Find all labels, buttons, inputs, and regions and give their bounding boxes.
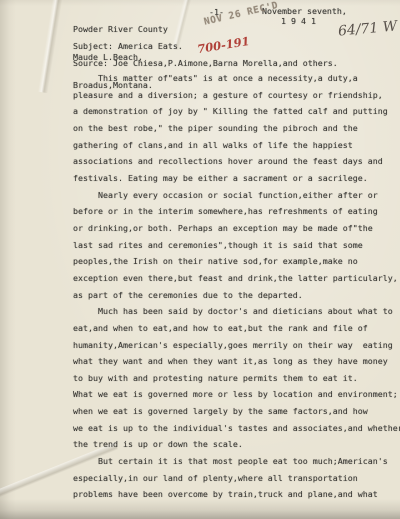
body-line: the trend is up or down the scale.: [73, 436, 400, 453]
body-line: associations and recollections hover aro…: [73, 153, 400, 170]
body-line: when we eat is governed largely by the s…: [73, 403, 400, 420]
source-line: Source: Joe Chiesa,P.Aimone,Barna Morell…: [73, 58, 338, 68]
red-ink-annotation: 700-191: [196, 34, 250, 56]
body-line: festivals. Eating may be either a sacram…: [73, 170, 400, 187]
body-line: Nearly every occasion or social function…: [73, 187, 400, 204]
body-line: as part of the ceremonies due to the dep…: [73, 287, 400, 304]
body-line: This matter of"eats" is at once a necess…: [73, 70, 400, 87]
document-page: Powder River County Maude L.Beach, Broad…: [0, 0, 400, 519]
body-line: peoples,the Irish on their native sod,fo…: [73, 253, 400, 270]
body-line: gathering of clans,and in all walks of l…: [73, 137, 400, 154]
body-line: before or in the interim somewhere,has r…: [73, 203, 400, 220]
body-line: especially,in our land of plenty,where a…: [73, 470, 400, 487]
body-line: eat,and when to eat,and how to eat,but t…: [73, 320, 400, 337]
date-year: 1 9 4 1: [281, 16, 316, 26]
author-county-line: Powder River County: [73, 25, 168, 34]
body-line: what they want and when they want it,as …: [73, 353, 400, 370]
paper-crease-top-left: [38, 0, 64, 93]
body-line: exception even there,but feast and drink…: [73, 270, 400, 287]
penciled-catalog-number: 64/71 W: [337, 18, 397, 39]
body-line: humanity,American's especially,goes merr…: [73, 337, 400, 354]
body-line: or drinking,or both. Perhaps an exceptio…: [73, 220, 400, 237]
body-line: on the best robe," the piper sounding th…: [73, 120, 400, 137]
body-line: What we eat is governed more or less by …: [73, 386, 400, 403]
body-line: we eat is up to the individual's tastes …: [73, 420, 400, 437]
subject-line: Subject: America Eats.: [73, 41, 183, 51]
body-line: last sad rites and ceremonies",though it…: [73, 237, 400, 254]
body-line: to buy with and protesting nature permit…: [73, 370, 400, 387]
body-line: Much has been said by doctor's and dieti…: [73, 303, 400, 320]
body-line: problems have been overcome by train,tru…: [73, 486, 400, 503]
body-line: a demonstration of joy by " Killing the …: [73, 103, 400, 120]
body-line: But certain it is that most people eat t…: [73, 453, 400, 470]
body-lines: This matter of"eats" is at once a necess…: [73, 70, 400, 503]
body-line: pleasure and a diversion; a gesture of c…: [73, 87, 400, 104]
